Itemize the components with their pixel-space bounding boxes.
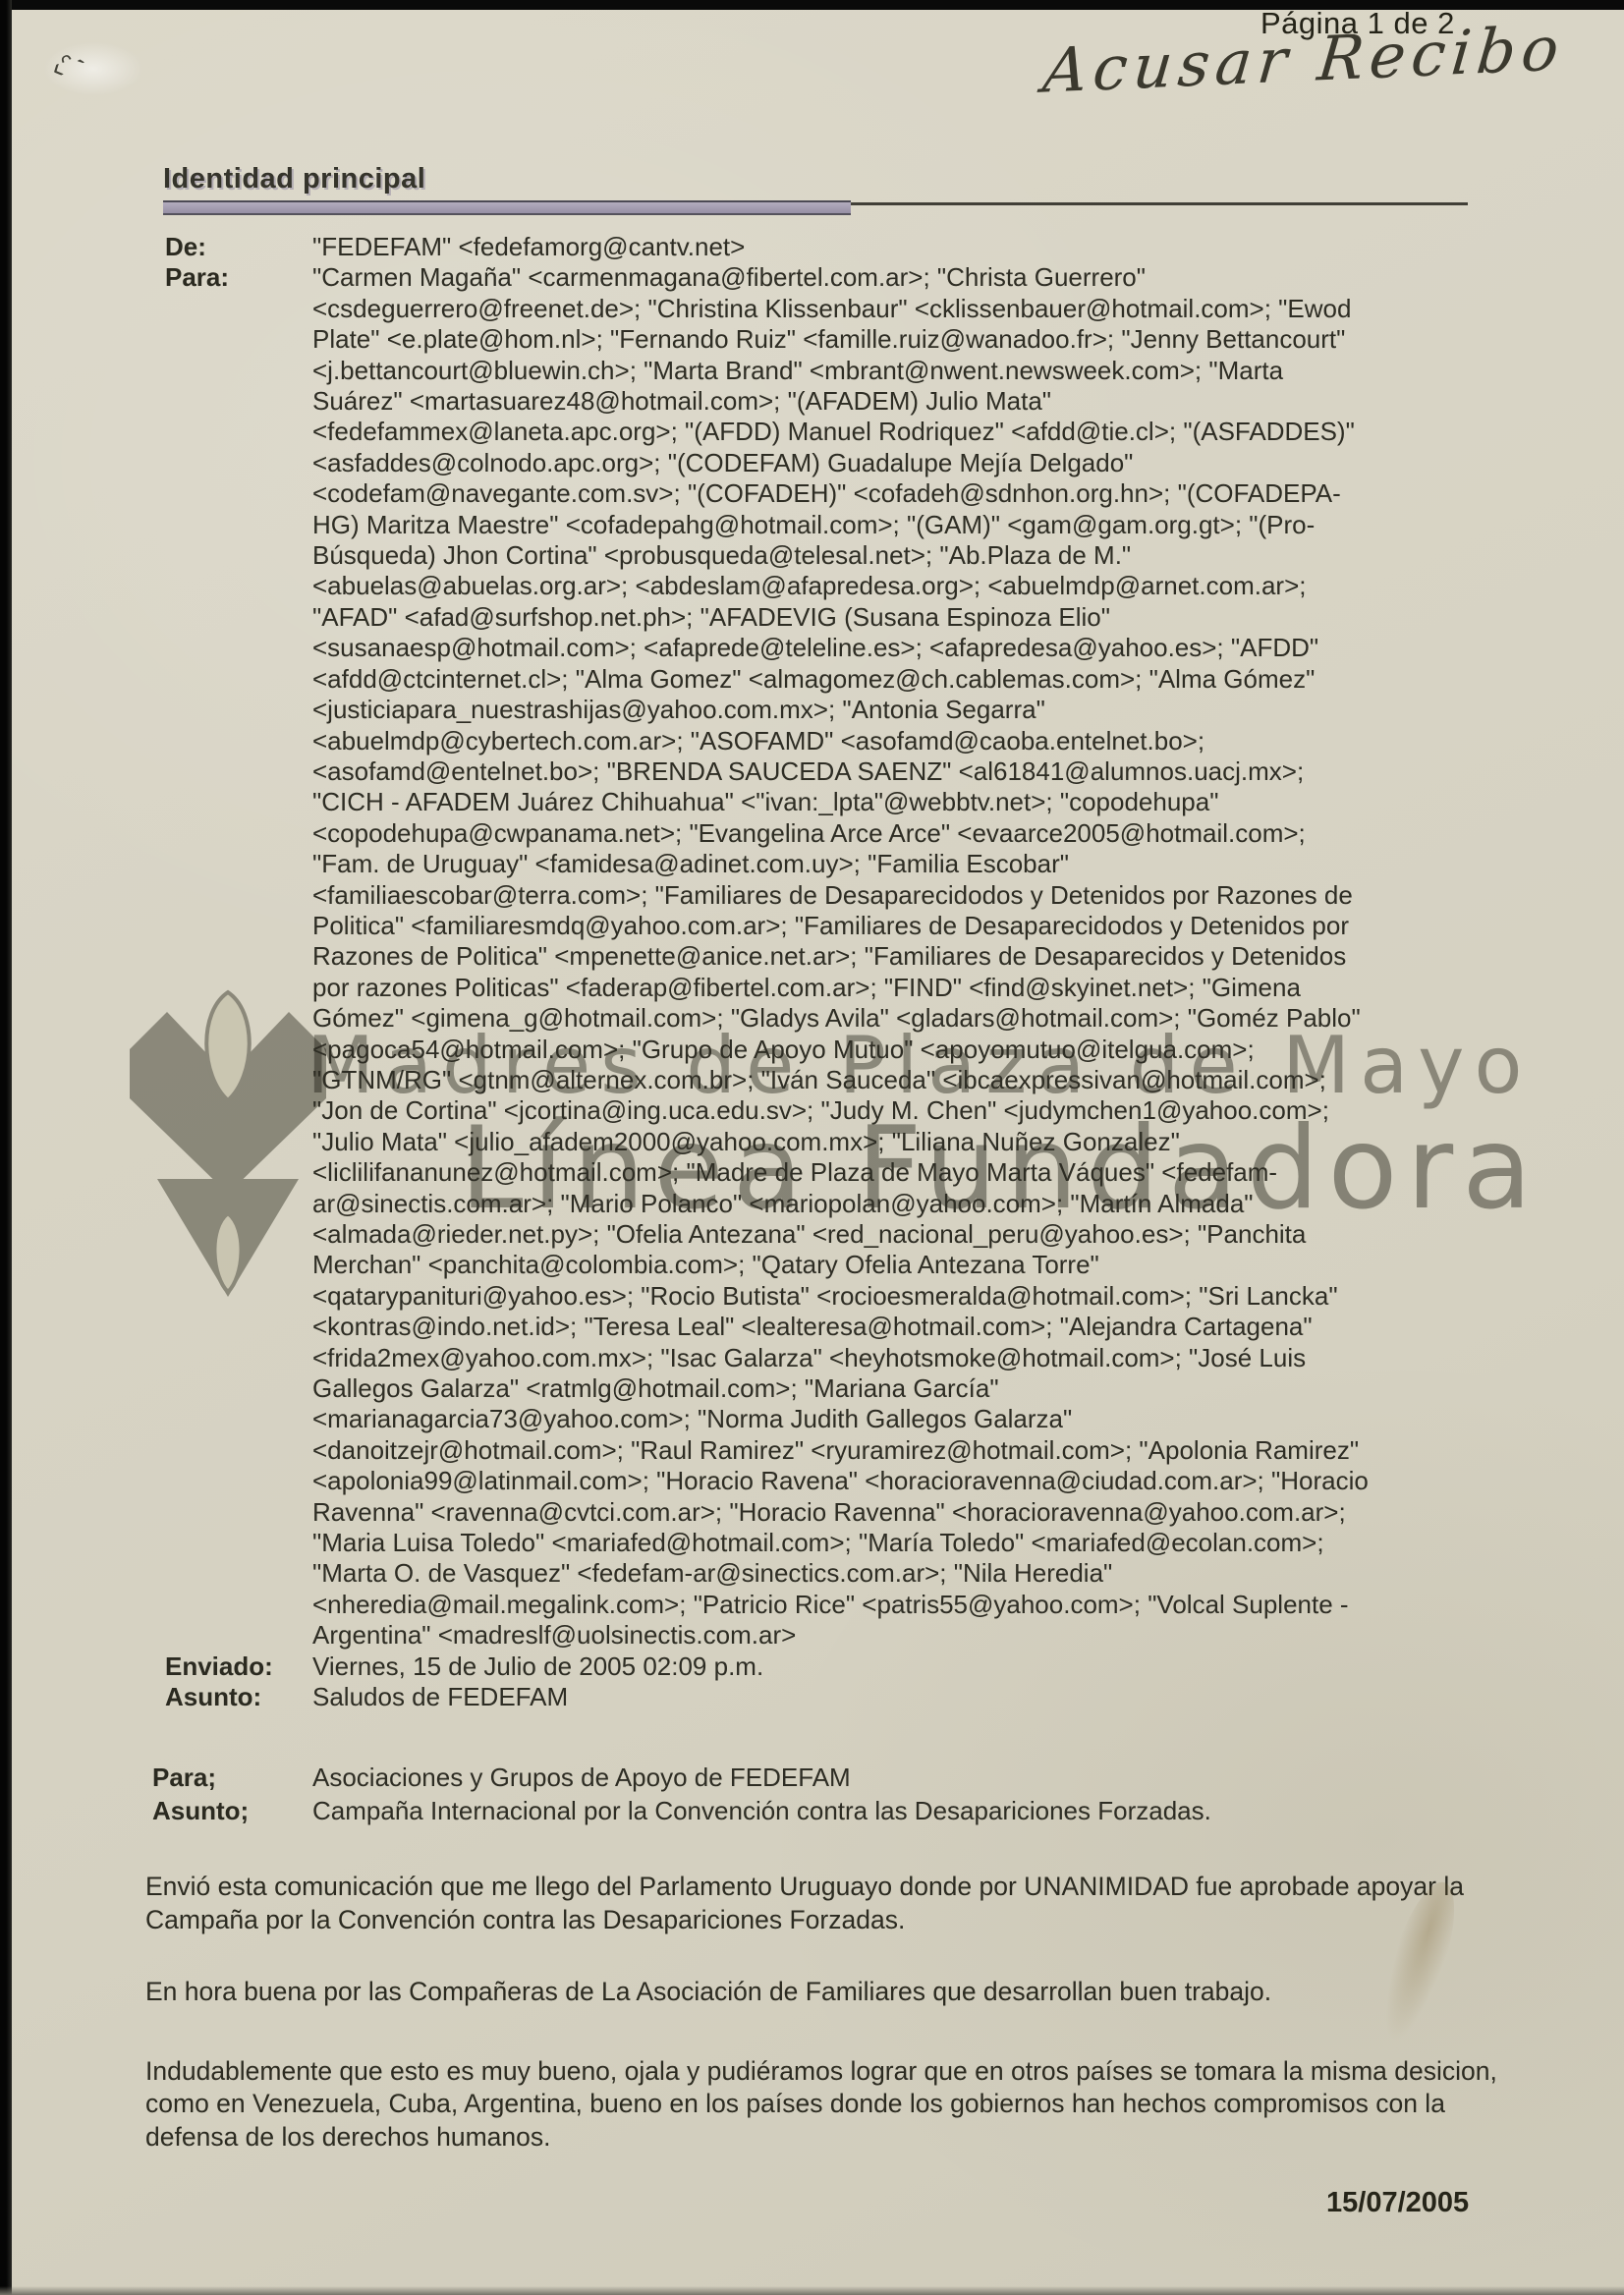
message-body: Envió esta comunicación que me llego del… [145,1871,1499,2154]
scan-edge-bottom [0,2286,1624,2295]
sent-value: Viernes, 15 de Julio de 2005 02:09 p.m. [312,1651,1482,1682]
to-label: Para: [165,262,312,293]
message-field-subject: Asunto; Campaña Internacional por la Con… [152,1794,1547,1827]
field-to: Para: "Carmen Magaña" <carmenmagana@fibe… [165,262,1482,1651]
message-header: Para; Asociaciones y Grupos de Apoyo de … [152,1761,1547,1827]
message-subject-label: Asunto; [152,1794,312,1827]
from-label: De: [165,232,312,262]
section-title: Identidad principal [163,163,425,196]
sent-label: Enviado: [165,1651,312,1682]
from-value: "FEDEFAM" <fedefamorg@cantv.net> [312,232,1482,262]
scan-edge-left [0,0,12,2295]
header-rule-thick [163,200,851,215]
field-subject: Asunto: Saludos de FEDEFAM [165,1682,1482,1712]
message-to-value: Asociaciones y Grupos de Apoyo de FEDEFA… [312,1761,1547,1794]
to-recipient-list: "Carmen Magaña" <carmenmagana@fibertel.c… [312,262,1482,1651]
scanned-email-page: ‹ᵔ˴ Página 1 de 2 Acusar Recibo Identida… [0,0,1624,2295]
email-header: De: "FEDEFAM" <fedefamorg@cantv.net> Par… [165,232,1482,1713]
subject-label: Asunto: [165,1682,312,1712]
body-paragraph: Envió esta comunicación que me llego del… [145,1871,1499,1936]
field-sent: Enviado: Viernes, 15 de Julio de 2005 02… [165,1651,1482,1682]
message-subject-value: Campaña Internacional por la Convención … [312,1794,1547,1827]
subject-value: Saludos de FEDEFAM [312,1682,1482,1712]
date-stamp: 15/07/2005 [1326,2187,1469,2219]
field-from: De: "FEDEFAM" <fedefamorg@cantv.net> [165,232,1482,262]
body-paragraph: Indudablemente que esto es muy bueno, oj… [145,2055,1499,2155]
message-field-to: Para; Asociaciones y Grupos de Apoyo de … [152,1761,1547,1794]
message-to-label: Para; [152,1761,312,1794]
body-paragraph: En hora buena por las Compañeras de La A… [145,1976,1499,2009]
handwritten-note: Acusar Recibo [1040,12,1568,107]
